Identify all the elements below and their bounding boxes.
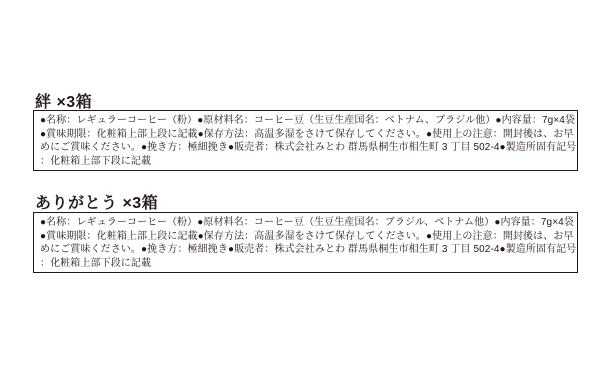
spec-line: めにご賞味ください。●挽き方：極細挽き●販売者：株式会社みとわ 群馬県桐生市相生… xyxy=(40,141,571,155)
spec-line: めにご賞味ください。●挽き方：極細挽き●販売者：株式会社みとわ 群馬県桐生市相生… xyxy=(40,243,571,257)
spec-line: ●名称：レギュラーコーヒー（粉）●原材料名：コーヒー豆（生豆生産国名：ブラジル、… xyxy=(40,216,571,230)
product-spec-box-arigatou: ●名称：レギュラーコーヒー（粉）●原材料名：コーヒー豆（生豆生産国名：ブラジル、… xyxy=(33,212,578,273)
spec-line: ●名称：レギュラーコーヒー（粉）●原材料名：コーヒー豆（生豆生産国名：ベトナム、… xyxy=(40,114,571,128)
spec-line: ●賞味期限：化粧箱上部上段に記載●保存方法：高温多湿をさけて保存してください。●… xyxy=(40,230,571,244)
product-title-arigatou: ありがとう ×3箱 xyxy=(35,194,158,213)
product-spec-box-kizuna: ●名称：レギュラーコーヒー（粉）●原材料名：コーヒー豆（生豆生産国名：ベトナム、… xyxy=(33,110,578,171)
spec-line: ●賞味期限：化粧箱上部上段に記載●保存方法：高温多湿をさけて保存してください。●… xyxy=(40,128,571,142)
spec-line: ：化粧箱上部下段に記載 xyxy=(40,257,571,271)
spec-line: ：化粧箱上部下段に記載 xyxy=(40,155,571,169)
